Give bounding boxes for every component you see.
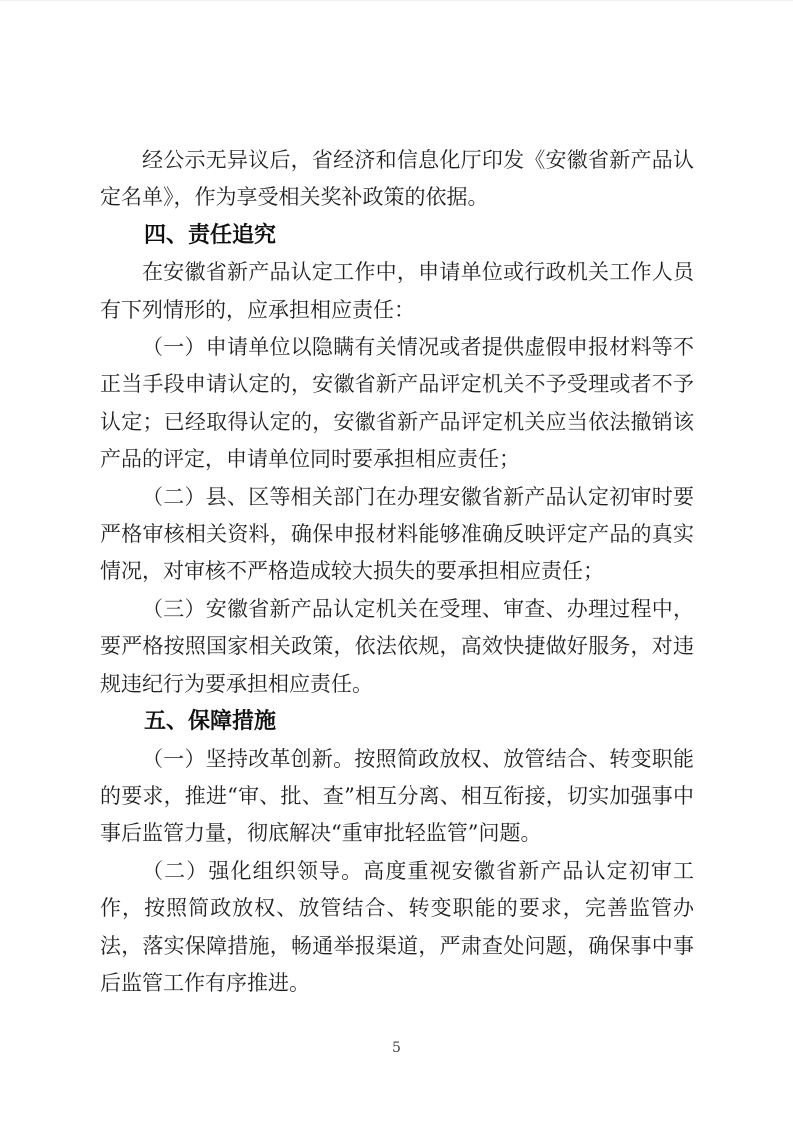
- body-paragraph: 在安徽省新产品认定工作中，申请单位或行政机关工作人员有下列情形的，应承担相应责任…: [100, 254, 694, 329]
- body-paragraph: （一）坚持改革创新。按照简政放权、放管结合、转变职能的要求，推进“审、批、查”相…: [100, 741, 694, 853]
- section-heading: 五、保障措施: [100, 703, 694, 740]
- page-footer: 5: [0, 1037, 793, 1056]
- body-paragraph: 经公示无异议后，省经济和信息化厅印发《安徽省新产品认定名单》，作为享受相关奖补政…: [100, 142, 694, 217]
- section-heading: 四、责任追究: [100, 217, 694, 254]
- document-body: 经公示无异议后，省经济和信息化厅印发《安徽省新产品认定名单》，作为享受相关奖补政…: [100, 142, 694, 1002]
- body-paragraph: （二）县、区等相关部门在办理安徽省新产品认定初审时要严格审核相关资料，确保申报材…: [100, 479, 694, 591]
- page-number: 5: [392, 1040, 401, 1056]
- document-page: 经公示无异议后，省经济和信息化厅印发《安徽省新产品认定名单》，作为享受相关奖补政…: [0, 0, 793, 1123]
- body-paragraph: （三）安徽省新产品认定机关在受理、审查、办理过程中，要严格按照国家相关政策，依法…: [100, 591, 694, 703]
- body-paragraph: （二）强化组织领导。高度重视安徽省新产品认定初审工作，按照简政放权、放管结合、转…: [100, 853, 694, 1003]
- body-paragraph: （一）申请单位以隐瞒有关情况或者提供虚假申报材料等不正当手段申请认定的，安徽省新…: [100, 329, 694, 479]
